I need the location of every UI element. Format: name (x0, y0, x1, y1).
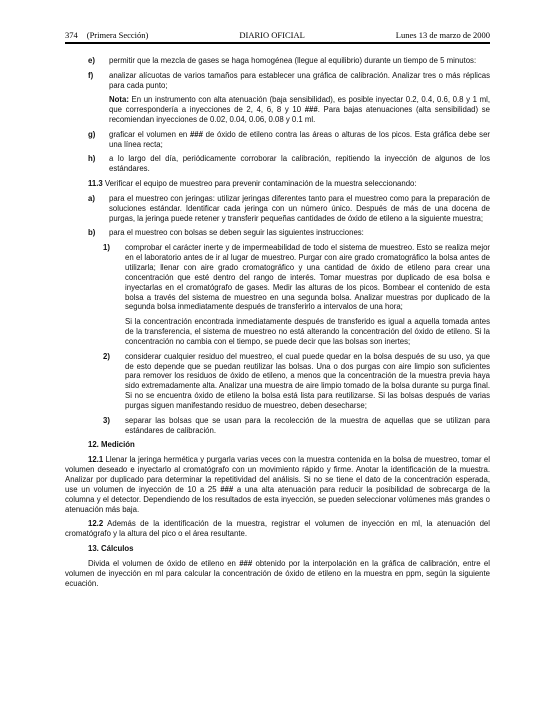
header-rule (65, 42, 490, 44)
note-paragraph: Nota: En un instrumento con alta atenuac… (109, 95, 490, 125)
document-page: 374 (Primera Sección) DIARIO OFICIAL Lun… (0, 0, 553, 715)
item-label: b) (88, 228, 109, 238)
item-text: permitir que la mezcla de gases se haga … (109, 56, 490, 66)
subitem-3: 3) separar las bolsas que se usan para l… (65, 416, 490, 436)
section-label: (Primera Sección) (87, 31, 149, 40)
item-h: h) a lo largo del día, periódicamente co… (65, 154, 490, 174)
subitem-text: comprobar el carácter inerte y de imperm… (125, 243, 490, 312)
paragraph-12-1: 12.1 Llenar la jeringa hermética y purga… (65, 455, 490, 514)
item-g: g) graficar el volumen en ### de óxido d… (65, 130, 490, 150)
paragraph-13: Divida el volumen de óxido de etileno en… (65, 559, 490, 589)
item-text: a lo largo del día, periódicamente corro… (109, 154, 490, 174)
item-label: h) (88, 154, 109, 174)
subitem-1: 1) comprobar el carácter inerte y de imp… (65, 243, 490, 312)
section-heading-12: 12. Medición (88, 440, 490, 450)
page-header: 374 (Primera Sección) DIARIO OFICIAL Lun… (65, 31, 490, 40)
section-heading-13: 13. Cálculos (88, 544, 490, 554)
item-text: analizar alícuotas de varios tamaños par… (109, 71, 490, 91)
item-label: e) (88, 56, 109, 66)
header-date: Lunes 13 de marzo de 2000 (396, 31, 490, 40)
paragraph-12-2: 12.2 Además de la identificación de la m… (65, 519, 490, 539)
subitem-label: 2) (103, 352, 125, 411)
item-text: graficar el volumen en ### de óxido de e… (109, 130, 490, 150)
subitem-label: 1) (103, 243, 125, 312)
subitem-label: 3) (103, 416, 125, 436)
document-body: e) permitir que la mezcla de gases se ha… (65, 56, 490, 588)
item-text: para el muestreo con bolsas se deben seg… (109, 228, 490, 238)
item-a: a) para el muestreo con jeringas: utiliz… (65, 194, 490, 224)
item-f: f) analizar alícuotas de varios tamaños … (65, 71, 490, 91)
item-b: b) para el muestreo con bolsas se deben … (65, 228, 490, 238)
header-left: 374 (Primera Sección) (65, 31, 148, 40)
item-label: a) (88, 194, 109, 224)
paragraph-11-3: 11.3 Verificar el equipo de muestreo par… (65, 179, 490, 189)
subitem-text: considerar cualquier residuo del muestre… (125, 352, 490, 411)
subitem-text: separar las bolsas que se usan para la r… (125, 416, 490, 436)
item-label: f) (88, 71, 109, 91)
page-number: 374 (65, 31, 78, 40)
subitem-2: 2) considerar cualquier residuo del mues… (65, 352, 490, 411)
journal-title: DIARIO OFICIAL (239, 31, 304, 40)
subitem-continuation: Si la concentración encontrada inmediata… (125, 317, 490, 347)
item-label: g) (88, 130, 109, 150)
item-e: e) permitir que la mezcla de gases se ha… (65, 56, 490, 66)
item-text: para el muestreo con jeringas: utilizar … (109, 194, 490, 224)
